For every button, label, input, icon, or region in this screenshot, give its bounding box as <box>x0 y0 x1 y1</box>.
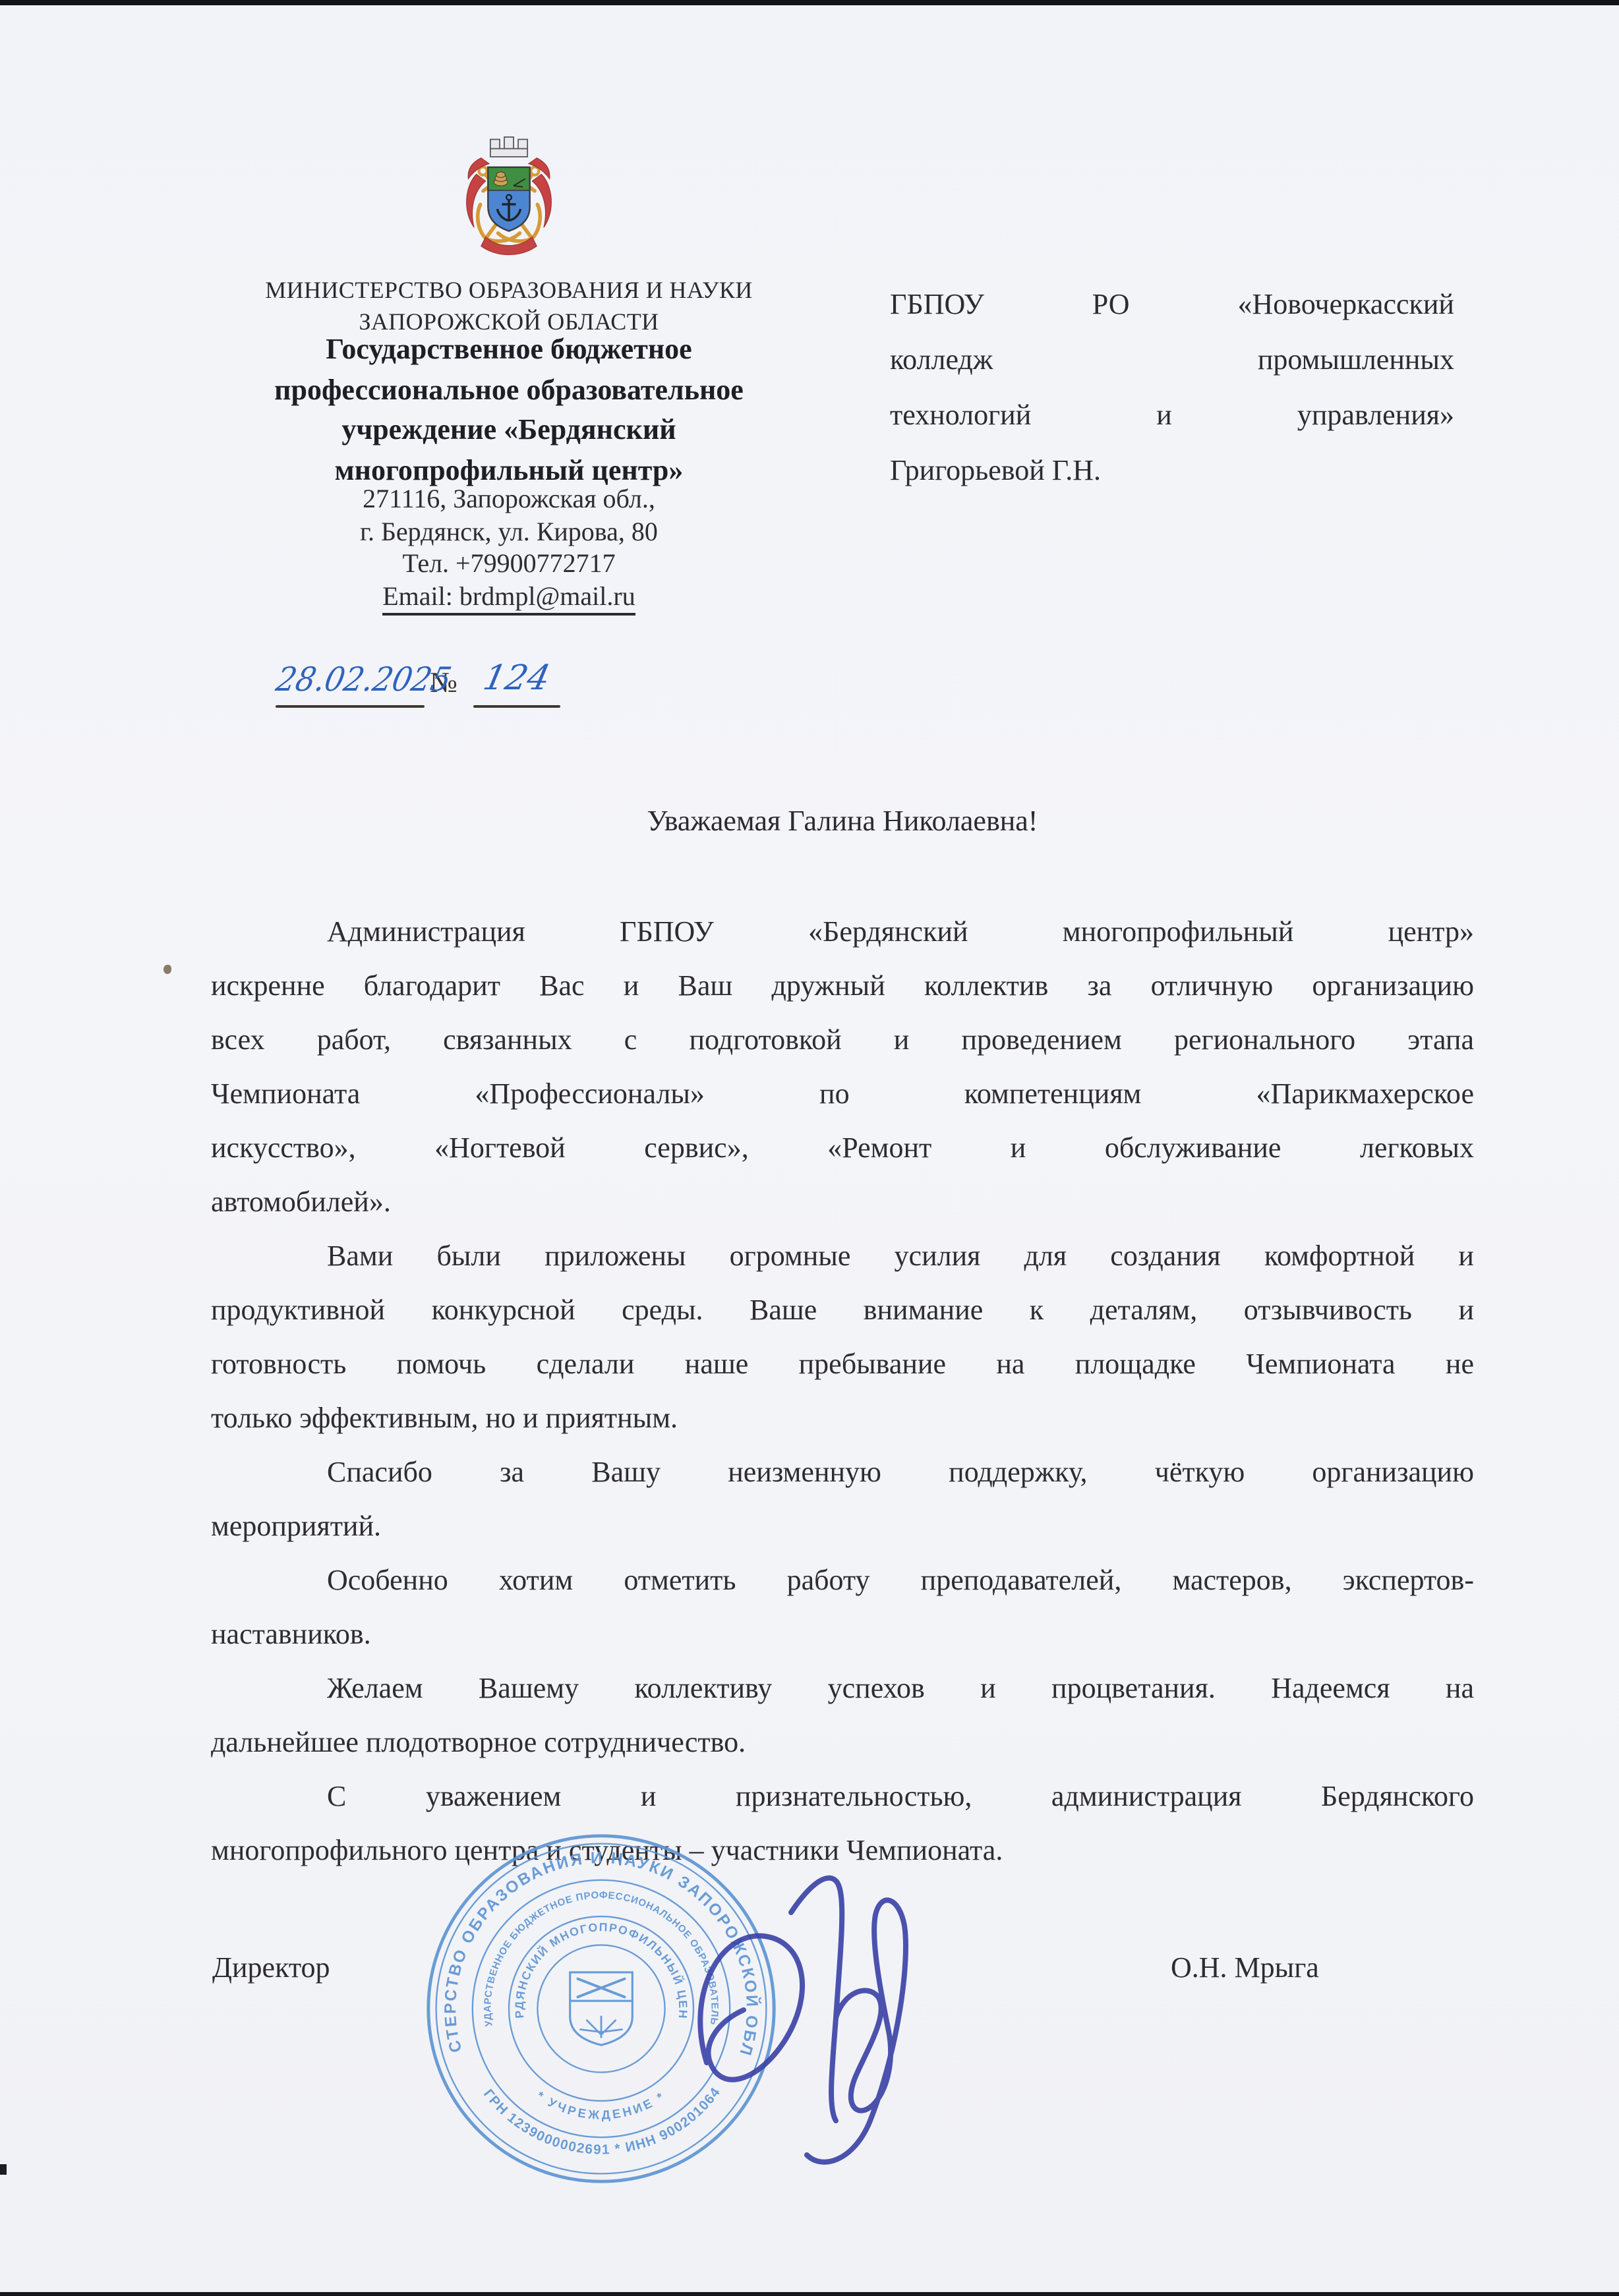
paragraph: Вами были приложены огромные усилия для … <box>211 1228 1474 1445</box>
stamp-middle-bottom-text: * УЧРЕЖДЕНИЕ * <box>534 2088 668 2122</box>
signer-name: О.Н. Мрыга <box>1171 1951 1319 1985</box>
body-line: Чемпионата «Профессионалы» по компетенци… <box>211 1066 1474 1120</box>
stamp-shield-icon <box>570 1972 633 2045</box>
phone-line: Тел. +79900772717 <box>224 548 794 581</box>
email-label: Email: <box>382 582 453 611</box>
body-line: искренне благодарит Вас и Ваш дружный ко… <box>211 958 1474 1012</box>
paragraph: Особенно хотим отметить работу преподава… <box>211 1553 1474 1661</box>
sender-contacts: 271116, Запорожская обл., г. Бердянск, у… <box>224 484 794 613</box>
address-line: г. Бердянск, ул. Кирова, 80 <box>224 516 794 548</box>
body-line: автомобилей». <box>211 1174 1474 1228</box>
address-line: 271116, Запорожская обл., <box>224 484 794 516</box>
scan-edge-top <box>0 0 1619 5</box>
body-line: продуктивной конкурсной среды. Ваше вним… <box>211 1282 1474 1336</box>
recipient-line: технологий и управления» <box>890 387 1454 443</box>
email-line: Email: brdmpl@mail.ru <box>224 581 794 613</box>
svg-text:* УЧРЕЖДЕНИЕ *: * УЧРЕЖДЕНИЕ * <box>534 2088 668 2122</box>
body-line: только эффективным, но и приятным. <box>211 1391 1474 1445</box>
scan-edge-artifact <box>0 2164 7 2175</box>
ministry-name: МИНИСТЕРСТВО ОБРАЗОВАНИЯ И НАУКИ ЗАПОРОЖ… <box>224 274 794 337</box>
reference-line: 28.02.2025 № 124 <box>276 659 560 708</box>
body-line: С уважением и признательностью, админист… <box>211 1769 1474 1823</box>
organization-line: учреждение «Бердянский <box>224 410 794 450</box>
body-line: дальнейшее плодотворное сотрудничество. <box>211 1715 1474 1769</box>
email-address: brdmpl@mail.ru <box>459 582 635 611</box>
scan-scale-wrapper: МИНИСТЕРСТВО ОБРАЗОВАНИЯ И НАУКИ ЗАПОРОЖ… <box>0 0 1619 2296</box>
paragraph: Желаем Вашему коллективу успехов и процв… <box>211 1661 1474 1769</box>
handwritten-number: 124 <box>480 659 554 699</box>
paragraph: С уважением и признательностью, админист… <box>211 1769 1474 1877</box>
salutation: Уважаемая Галина Николаевна! <box>211 804 1474 838</box>
recipient-name: Григорьевой Г.Н. <box>890 443 1454 498</box>
body-line: готовность помочь сделали наше пребывани… <box>211 1336 1474 1391</box>
letter-page: МИНИСТЕРСТВО ОБРАЗОВАНИЯ И НАУКИ ЗАПОРОЖ… <box>0 0 1619 2296</box>
body-line: Желаем Вашему коллективу успехов и процв… <box>211 1661 1474 1715</box>
paragraph: Администрация ГБПОУ «Бердянский многопро… <box>211 904 1474 1228</box>
recipient-block: ГБПОУ РО «Новочеркасский колледж промышл… <box>890 277 1454 498</box>
body-line: Вами были приложены огромные усилия для … <box>211 1228 1474 1282</box>
signer-title: Директор <box>212 1951 330 1985</box>
organization-line: Государственное бюджетное <box>224 330 794 370</box>
recipient-line: ГБПОУ РО «Новочеркасский <box>890 277 1454 332</box>
body-line: наставников. <box>211 1607 1474 1661</box>
organization-name: Государственное бюджетное профессиональн… <box>224 330 794 490</box>
organization-line: профессиональное образовательное <box>224 370 794 410</box>
date-underline <box>276 704 425 708</box>
recipient-line: колледж промышленных <box>890 332 1454 387</box>
coat-of-arms-icon <box>451 134 567 265</box>
body-line: Спасибо за Вашу неизменную поддержку, чё… <box>211 1445 1474 1499</box>
body-line: Особенно хотим отметить работу преподава… <box>211 1553 1474 1607</box>
paragraph: Спасибо за Вашу неизменную поддержку, чё… <box>211 1445 1474 1553</box>
scan-edge-bottom <box>0 2292 1619 2296</box>
ink-speck <box>163 965 171 974</box>
body-line: всех работ, связанных с подготовкой и пр… <box>211 1012 1474 1066</box>
ministry-line: МИНИСТЕРСТВО ОБРАЗОВАНИЯ И НАУКИ <box>224 274 794 306</box>
director-signature <box>675 1862 939 2179</box>
body-line: искусство», «Ногтевой сервис», «Ремонт и… <box>211 1120 1474 1174</box>
body-line: мероприятий. <box>211 1499 1474 1553</box>
number-underline <box>473 704 560 708</box>
letter-body: Администрация ГБПОУ «Бердянский многопро… <box>211 904 1474 1877</box>
reference-date-field: 28.02.2025 <box>276 660 425 708</box>
body-line: Администрация ГБПОУ «Бердянский многопро… <box>211 904 1474 958</box>
reference-number-field: 124 <box>473 659 560 708</box>
handwritten-date: 28.02.2025 <box>273 660 455 699</box>
